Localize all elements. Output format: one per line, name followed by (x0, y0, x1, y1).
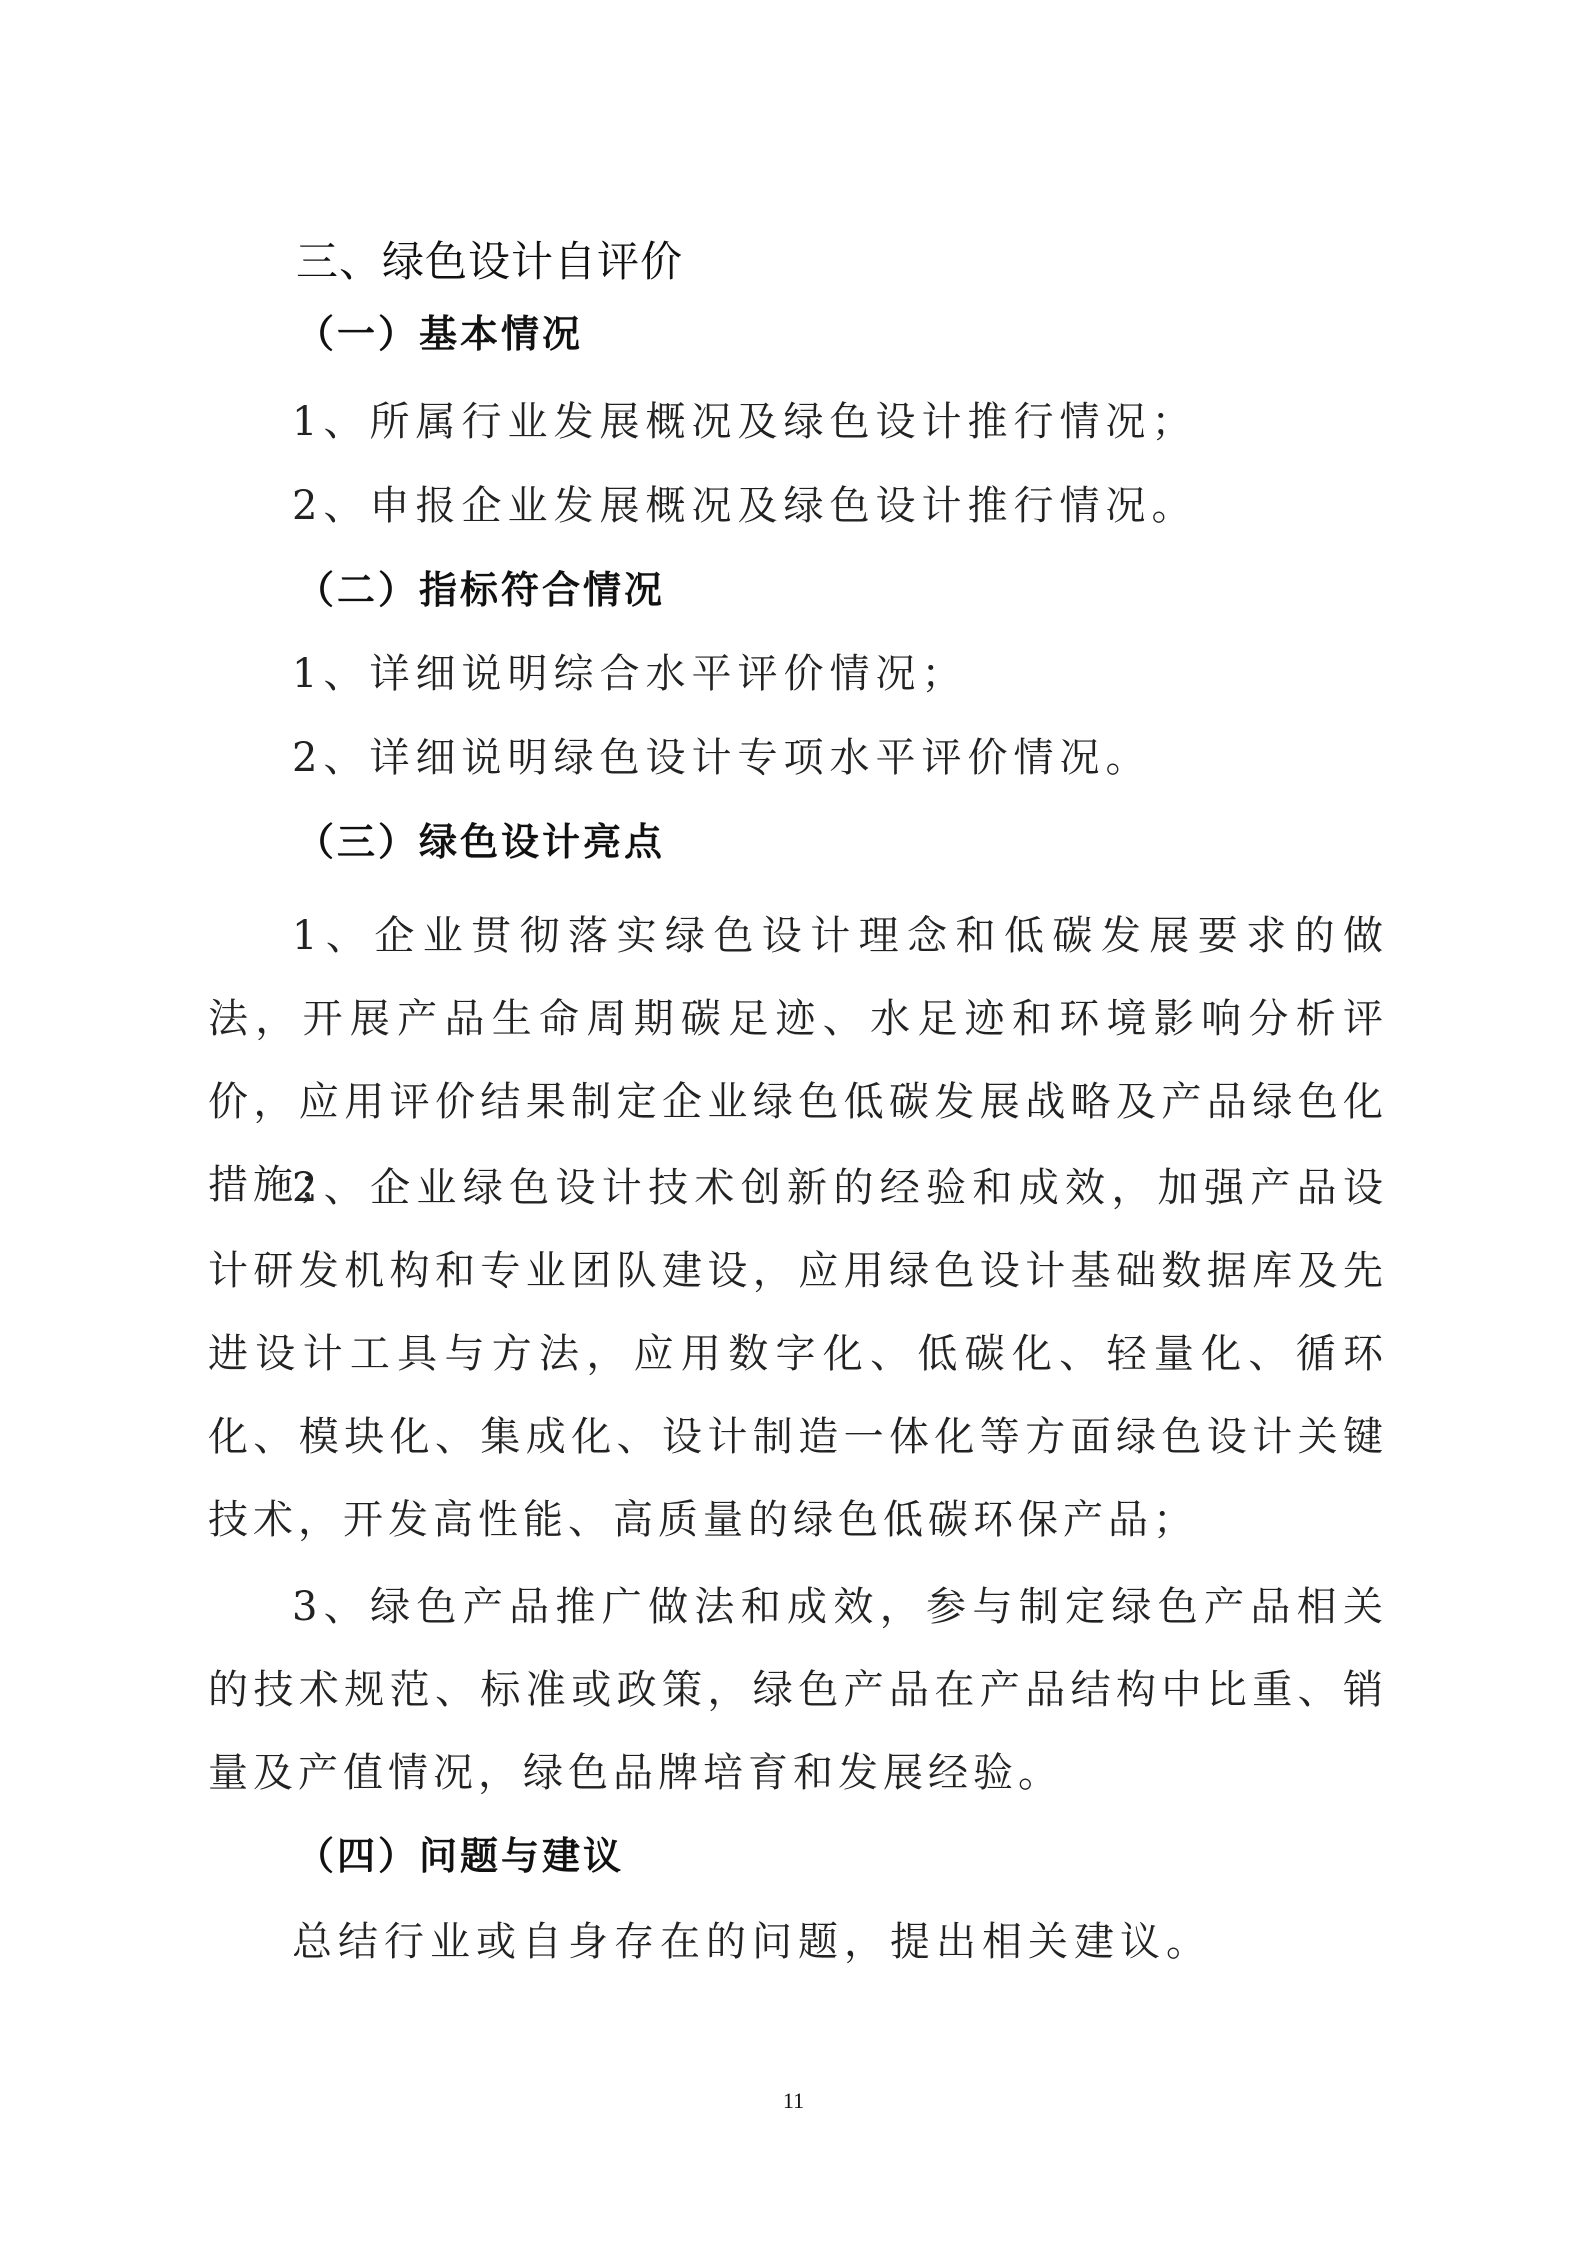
subsection-heading-indicator-compliance: （二）指标符合情况 (296, 566, 665, 614)
page-number: 11 (0, 2088, 1587, 2114)
document-page: 三、绿色设计自评价 （一）基本情况 1、所属行业发展概况及绿色设计推行情况； 2… (0, 0, 1587, 2245)
section-title: 三、绿色设计自评价 (296, 238, 683, 286)
list-item: 1、详细说明综合水平评价情况； (292, 650, 967, 698)
list-item: 2、详细说明绿色设计专项水平评价情况。 (292, 734, 1151, 782)
list-item: 2、申报企业发展概况及绿色设计推行情况。 (292, 482, 1197, 530)
paragraph-item-3: 3、绿色产品推广做法和成效，参与制定绿色产品相关的技术规范、标准或政策，绿色产品… (208, 1566, 1388, 1815)
paragraph-summary: 总结行业或自身存在的问题，提出相关建议。 (292, 1918, 1212, 1966)
subsection-heading-basic-info: （一）基本情况 (296, 310, 583, 358)
subsection-heading-green-design-highlights: （三）绿色设计亮点 (296, 818, 665, 866)
paragraph-item-2: 2、企业绿色设计技术创新的经验和成效，加强产品设计研发机构和专业团队建设，应用绿… (208, 1147, 1388, 1562)
subsection-heading-issues-suggestions: （四）问题与建议 (296, 1832, 624, 1880)
list-item: 1、所属行业发展概况及绿色设计推行情况； (292, 398, 1197, 446)
